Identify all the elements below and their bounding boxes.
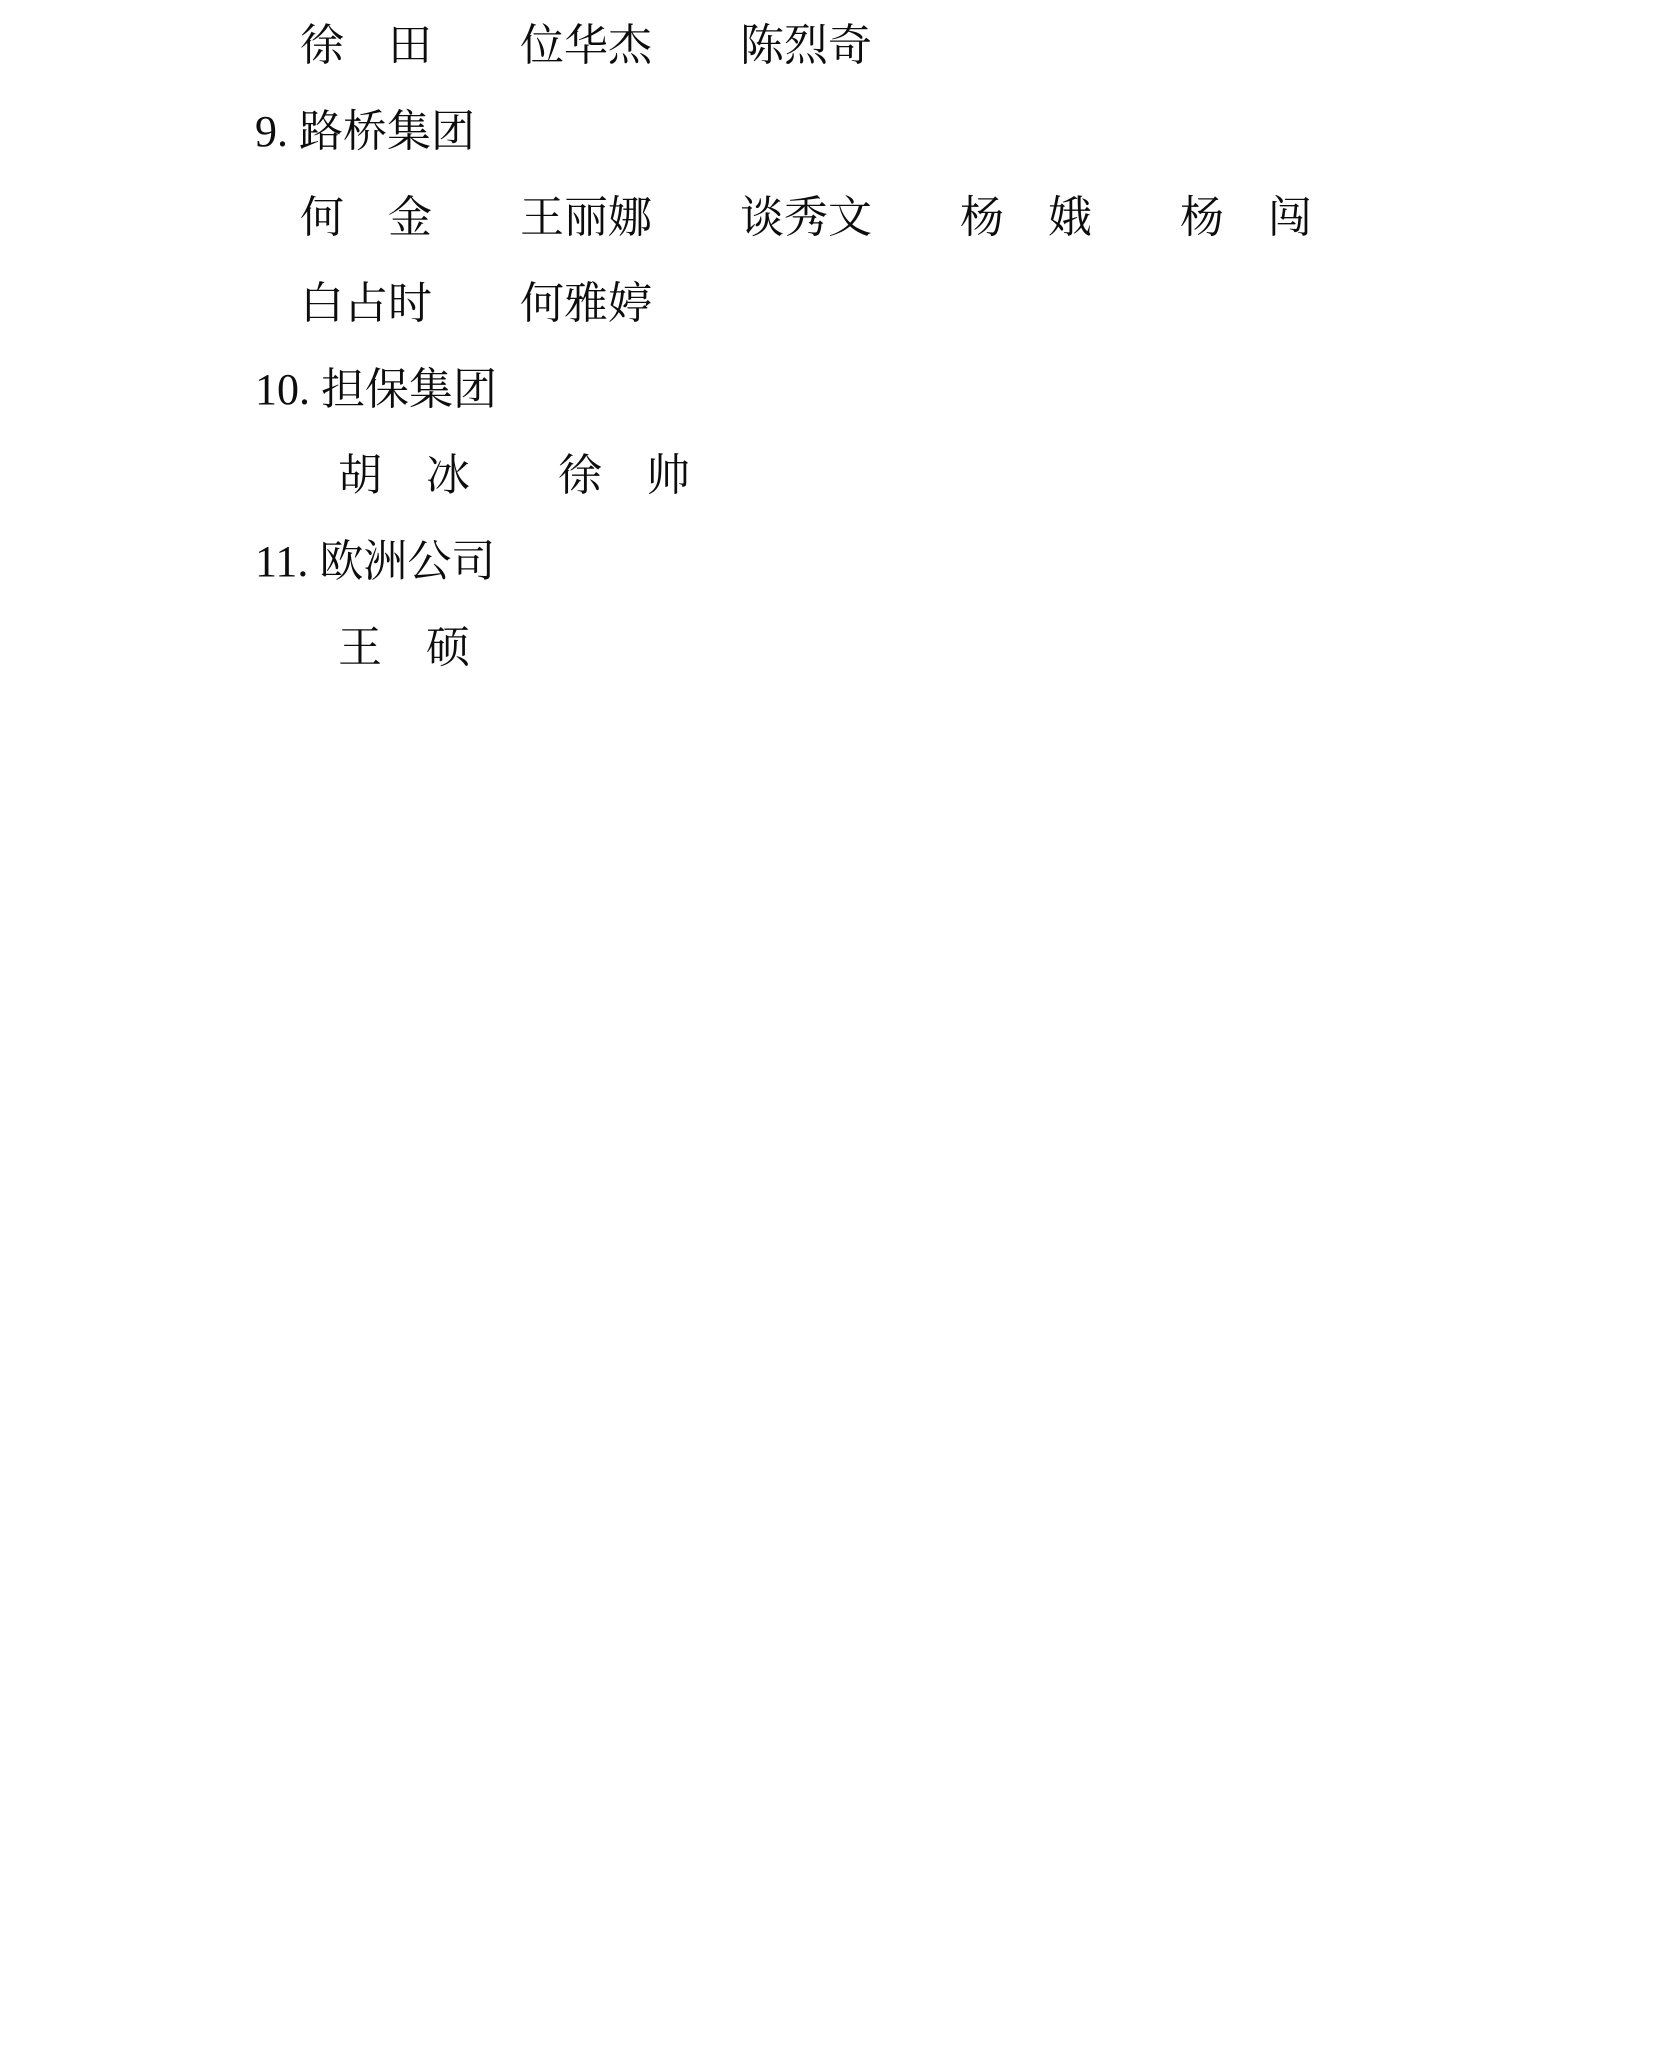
document-line-names: 胡 冰 徐 帅 xyxy=(338,433,1654,519)
document-line-names: 王 硕 xyxy=(338,605,1654,691)
document-line-group-heading: 11. 欧洲公司 xyxy=(255,519,1654,605)
document-line-names: 徐 田 位华杰 陈烈奇 xyxy=(300,3,1654,89)
document-line-names: 白占时 何雅婷 xyxy=(300,261,1654,347)
document-line-group-heading: 10. 担保集团 xyxy=(255,347,1654,433)
document-line-group-heading: 9. 路桥集团 xyxy=(255,89,1654,175)
roster-text-block: 徐 田 位华杰 陈烈奇9. 路桥集团何 金 王丽娜 谈秀文 杨 娥 杨 闯白占时… xyxy=(0,3,1654,691)
document-page: 徐 田 位华杰 陈烈奇9. 路桥集团何 金 王丽娜 谈秀文 杨 娥 杨 闯白占时… xyxy=(0,0,1654,2048)
document-line-names: 何 金 王丽娜 谈秀文 杨 娥 杨 闯 xyxy=(300,175,1654,261)
